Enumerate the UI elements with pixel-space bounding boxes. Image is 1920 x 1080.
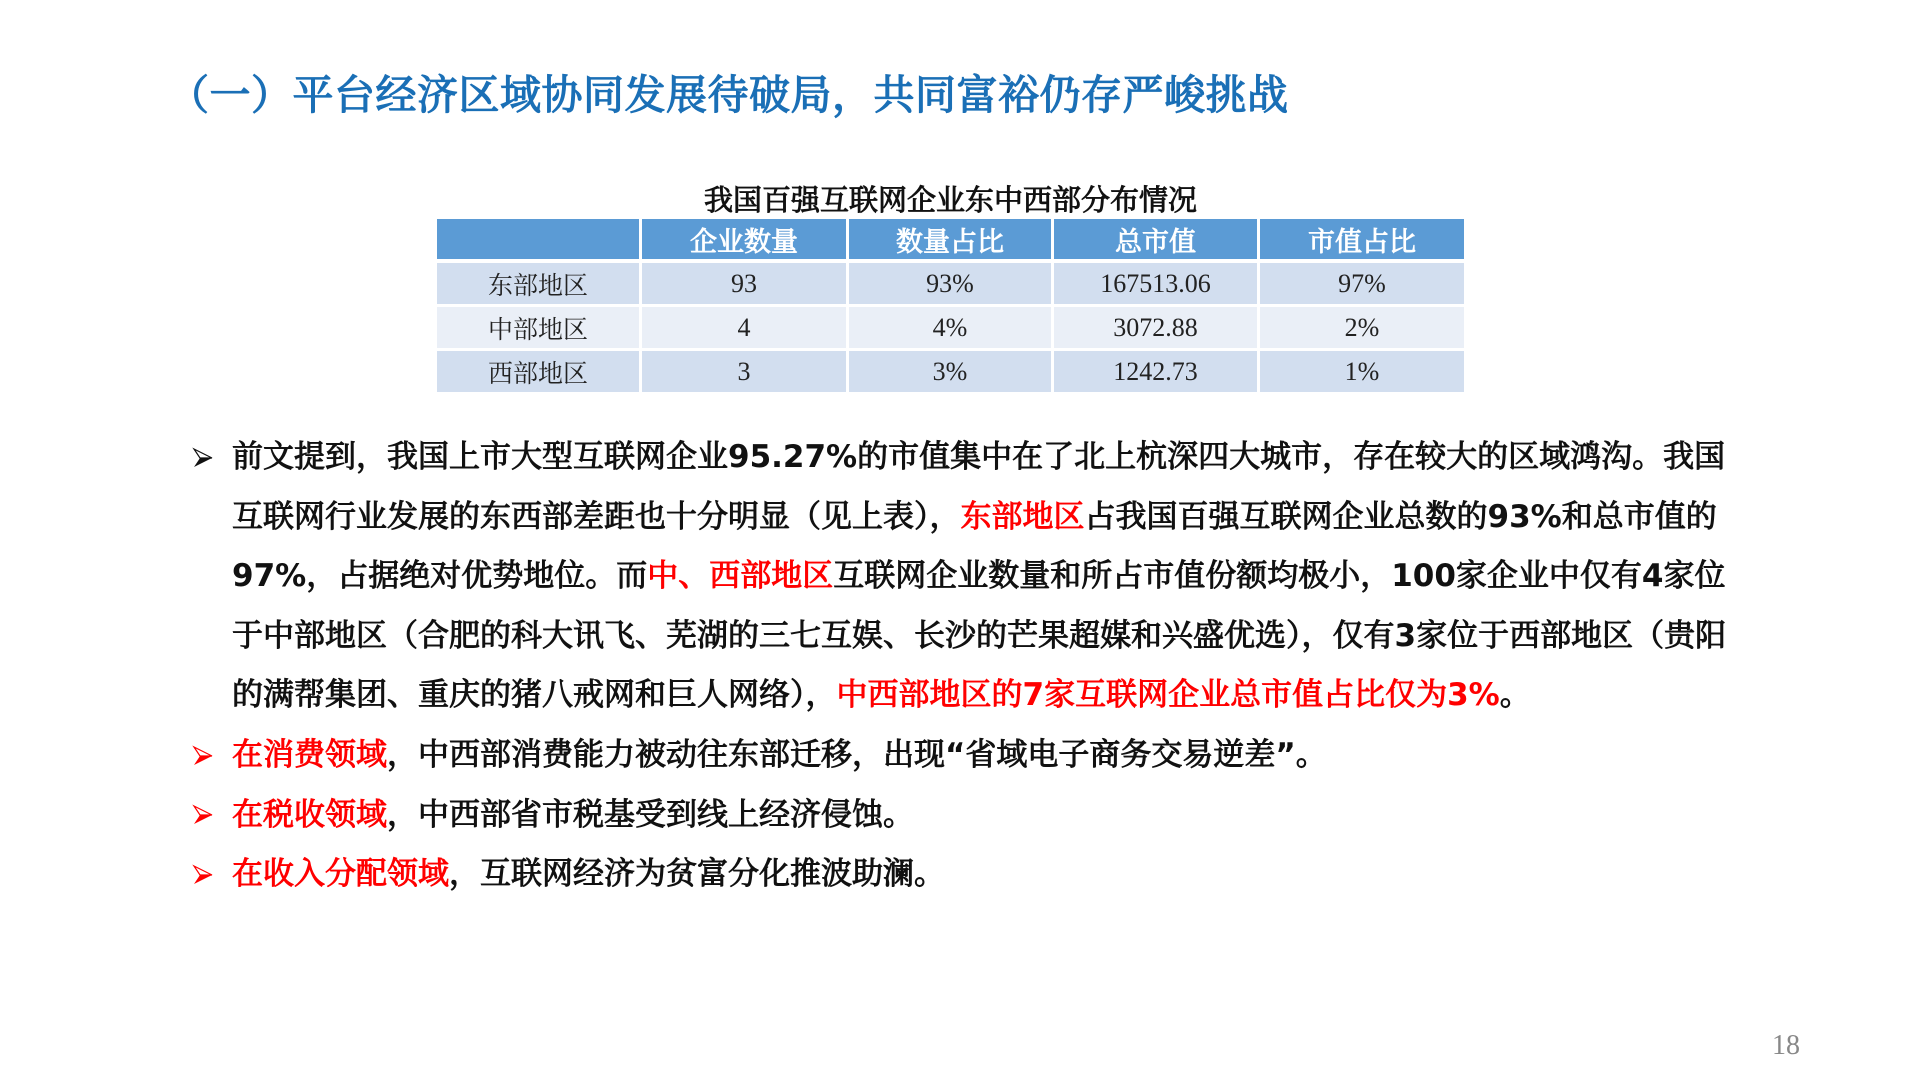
highlight-market-share: 中西部地区的7家互联网企业总市值占比仅为3% [837,677,1500,713]
table-header-row: 企业数量 数量占比 总市值 市值占比 [437,219,1464,263]
bullet-item: 在税收领域，中西部省市税基受到线上经济侵蚀。 [196,786,1756,846]
cell-region: 中部地区 [437,307,642,351]
cell-region: 东部地区 [437,263,642,307]
cell-market-value: 1242.73 [1054,351,1260,395]
bullet-item: 在消费领域，中西部消费能力被动往东部迁移，出现“省域电子商务交易逆差”。 [196,726,1756,786]
cell-count-share: 4% [849,307,1054,351]
cell-value-share: 1% [1260,351,1464,395]
cell-market-value: 3072.88 [1054,307,1260,351]
arrow-bullet-icon [188,786,218,846]
cell-count: 93 [642,263,849,307]
cell-region: 西部地区 [437,351,642,395]
cell-market-value: 167513.06 [1054,263,1260,307]
table-row: 东部地区 93 93% 167513.06 97% [437,263,1464,307]
highlight-central-west-region: 中、西部地区 [647,558,833,594]
text-segment: ，互联网经济为贫富分化推波助澜。 [449,856,945,892]
bullet-list: 前文提到，我国上市大型互联网企业95.27%的市值集中在了北上杭深四大城市，存在… [196,428,1756,905]
text-segment: ，中西部省市税基受到线上经济侵蚀。 [387,797,914,833]
column-header-count-share: 数量占比 [849,219,1054,263]
text-segment: ，中西部消费能力被动往东部迁移，出现“省域电子商务交易逆差”。 [387,737,1327,773]
column-header-count: 企业数量 [642,219,849,263]
table-caption: 我国百强互联网企业东中西部分布情况 [437,178,1464,219]
slide-title: （一）平台经济区域协同发展待破局，共同富裕仍存严峻挑战 [168,62,1289,121]
bullet-item: 在收入分配领域，互联网经济为贫富分化推波助澜。 [196,845,1756,905]
arrow-bullet-icon [188,428,218,488]
arrow-bullet-icon [188,726,218,786]
cell-count: 4 [642,307,849,351]
cell-count-share: 3% [849,351,1054,395]
cell-value-share: 97% [1260,263,1464,307]
column-header-market-value: 总市值 [1054,219,1260,263]
cell-value-share: 2% [1260,307,1464,351]
arrow-bullet-icon [188,845,218,905]
text-segment: 。 [1500,677,1531,713]
highlight-income-distribution: 在收入分配领域 [232,856,449,892]
highlight-east-region: 东部地区 [961,499,1085,535]
highlight-consumption: 在消费领域 [232,737,387,773]
column-header-value-share: 市值占比 [1260,219,1464,263]
table-row: 西部地区 3 3% 1242.73 1% [437,351,1464,395]
bullet-item: 前文提到，我国上市大型互联网企业95.27%的市值集中在了北上杭深四大城市，存在… [196,428,1756,726]
column-header-region [437,219,642,263]
cell-count: 3 [642,351,849,395]
table-row: 中部地区 4 4% 3072.88 2% [437,307,1464,351]
page-number: 18 [1772,1030,1800,1062]
region-distribution-table: 企业数量 数量占比 总市值 市值占比 东部地区 93 93% 167513.06… [437,219,1464,395]
cell-count-share: 93% [849,263,1054,307]
highlight-taxation: 在税收领域 [232,797,387,833]
